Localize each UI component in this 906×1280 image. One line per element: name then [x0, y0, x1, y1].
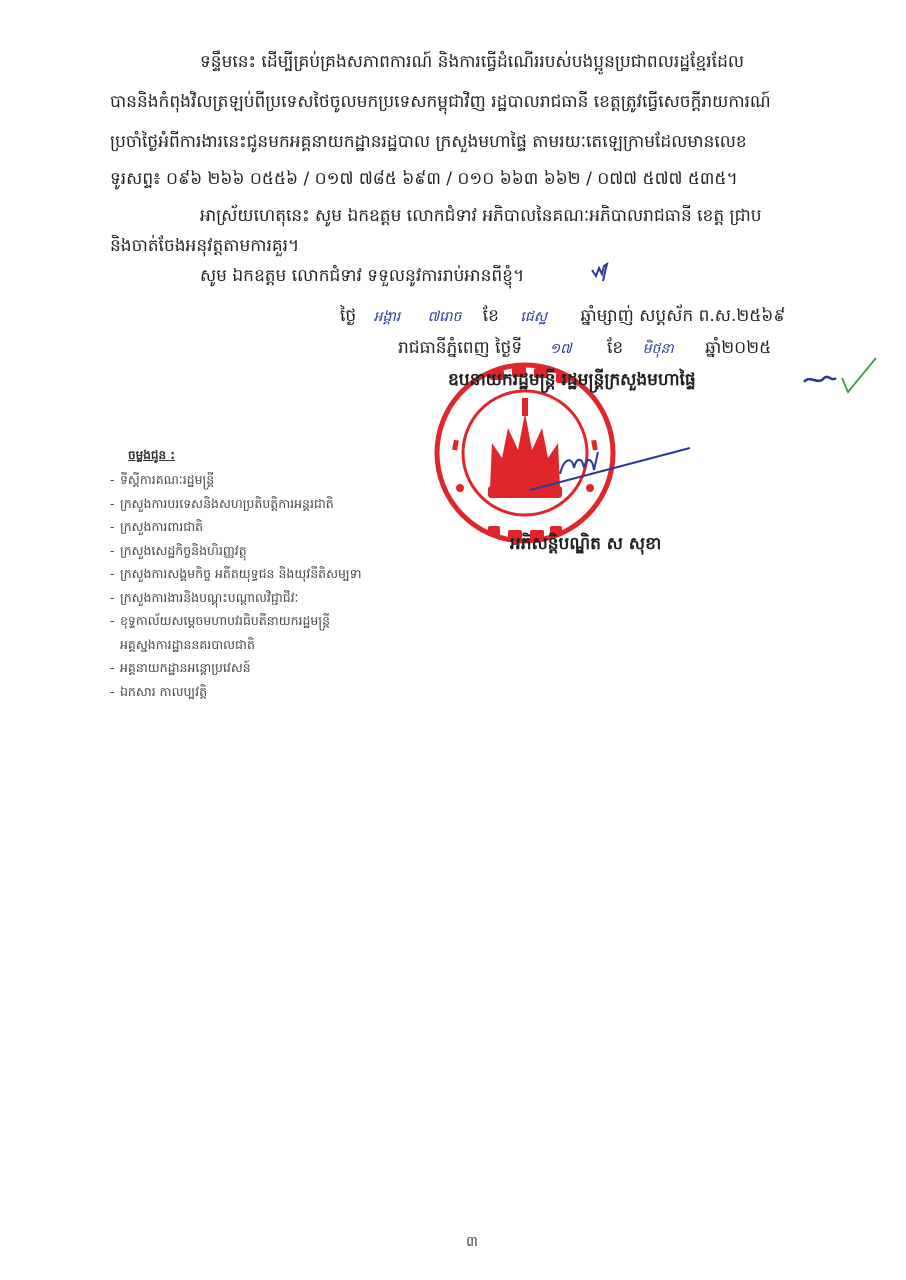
lunar-date-line: ថ្ងៃ អង្គារ ៧រោច ខែ ជេស្ឋ ឆ្នាំម្សាញ់ សប… — [340, 303, 785, 330]
list-item: -ក្រសួងការសង្គមកិច្ច អតីតយុទ្ធជន និងយុវន… — [110, 562, 362, 586]
paragraph-1-line-4: ទូរសព្ទ៖ ០៩៦ ២៦៦ ០៥៥៦ / ០១៧ ៧៨៥ ៦៩៣ / ០១… — [110, 166, 738, 192]
lunar-year: ឆ្នាំម្សាញ់ សប្តស័ក ព.ស.២៥៦៩ — [580, 306, 785, 326]
closing-line: សូម ឯកឧត្តម លោកជំទាវ ទទួលនូវការរាប់អានពី… — [200, 263, 524, 289]
copies-title: ចម្លងជូន : — [128, 447, 175, 465]
green-checkmark-icon — [800, 352, 880, 402]
lunar-month-handwritten: ជេស្ឋ — [520, 309, 547, 325]
list-item: អគ្គស្នងការដ្ឋាននគរបាលជាតិ — [110, 633, 362, 657]
lunar-phase-handwritten: ៧រោច — [428, 309, 462, 325]
handwritten-initials-icon — [590, 262, 610, 284]
list-item: -ក្រសួងសេដ្ឋកិច្ចនិងហិរញ្ញវត្ថុ — [110, 539, 362, 563]
list-item: -ក្រសួងការងារនិងបណ្តុះបណ្តាលវិជ្ជាជីវៈ — [110, 586, 362, 610]
paragraph-1-line-2: បាននិងកំពុងវិលត្រឡប់ពីប្រទេសថៃចូលមកប្រទេ… — [110, 89, 771, 115]
paragraph-1-line-1: ទន្ទឹមនេះ ដើម្បីគ្រប់គ្រងសភាពការណ៍ និងកា… — [200, 49, 744, 75]
handwritten-signature-icon — [520, 438, 700, 498]
list-item: -ក្រសួងការពារជាតិ — [110, 515, 362, 539]
list-item: -ឯកសារ កាលប្បវត្តិ — [110, 680, 362, 704]
lunar-prefix: ថ្ងៃ — [340, 306, 356, 326]
paragraph-1-line-3: ប្រចាំថ្ងៃអំពីការងារនេះជូនមកអគ្គនាយកដ្ឋា… — [110, 129, 747, 155]
solar-year: ឆ្នាំ២០២៥ — [705, 338, 771, 358]
copies-list: -ទីស្តីការគណៈរដ្ឋមន្ត្រី -ក្រសួងការបរទេស… — [110, 468, 362, 703]
signature-title: ឧបនាយករដ្ឋមន្ត្រី រដ្ឋមន្ត្រីក្រសួងមហាផ្… — [448, 367, 696, 393]
list-item: -អគ្គនាយកដ្ឋានអន្តោប្រវេសន៍ — [110, 656, 362, 680]
paragraph-2-line-1: អាស្រ័យហេតុនេះ សូម ឯកឧត្តម លោកជំទាវ អភិប… — [200, 203, 762, 229]
solar-day-handwritten: ១៧ — [550, 341, 572, 357]
list-item: -ក្រសួងការបរទេសនិងសហប្រតិបត្តិការអន្តរជា… — [110, 492, 362, 516]
page-number: ៣ — [466, 1232, 478, 1253]
solar-prefix: រាជធានីភ្នំពេញ ថ្ងៃទី — [398, 338, 522, 358]
paragraph-2-line-2: និងចាត់ចែងអនុវត្តតាមការគួរ។ — [110, 233, 299, 259]
solar-month-label: ខែ — [607, 338, 623, 358]
solar-month-handwritten: មិថុនា — [643, 341, 674, 357]
list-item: -ខុទ្ទកាល័យសម្តេចមហាបវរធិបតីនាយករដ្ឋមន្ត… — [110, 609, 362, 633]
signatory-name: អភិសន្តិបណ្ឌិត ស សុខា — [510, 531, 661, 557]
lunar-day-handwritten: អង្គារ — [374, 309, 401, 325]
list-item: -ទីស្តីការគណៈរដ្ឋមន្ត្រី — [110, 468, 362, 492]
month-label: ខែ — [483, 306, 499, 326]
